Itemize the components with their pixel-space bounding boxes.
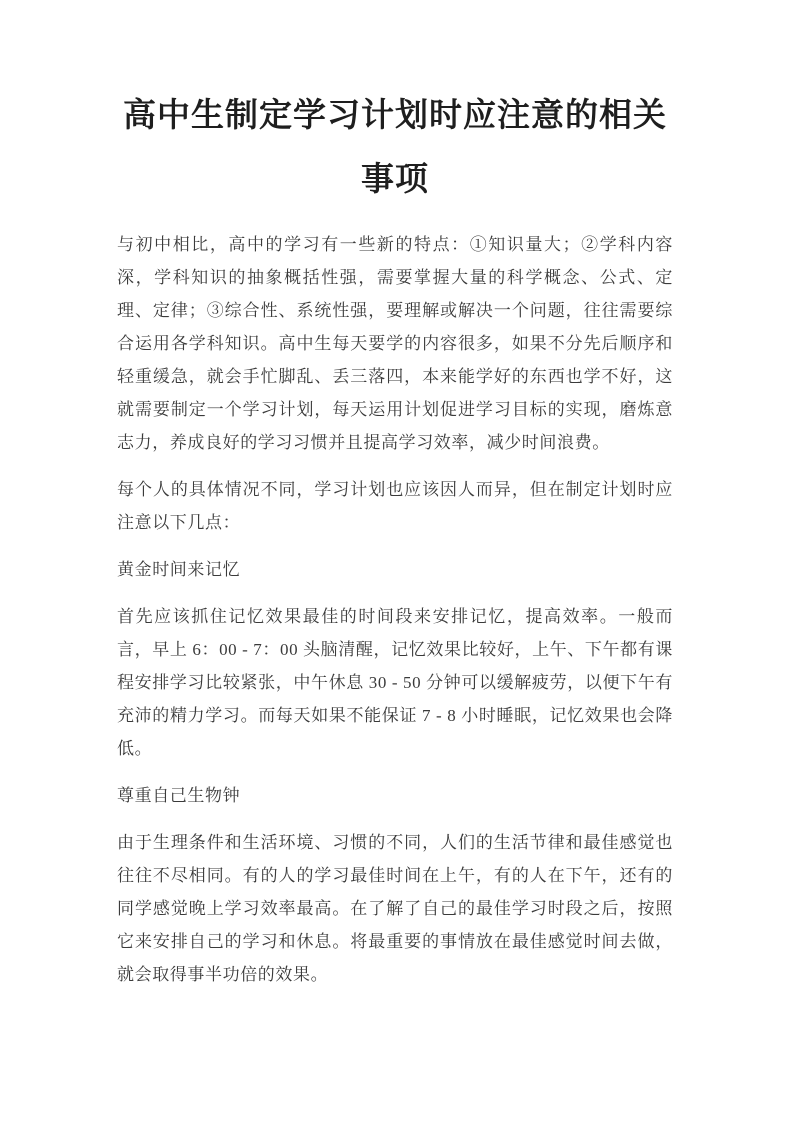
lead-in-paragraph: 每个人的具体情况不同，学习计划也应该因人而异，但在制定计划时应注意以下几点： <box>117 473 673 539</box>
document-page: 高中生制定学习计划时应注意的相关事项 与初中相比，高中的学习有一些新的特点：①知… <box>0 0 793 1122</box>
biological-clock-paragraph: 由于生理条件和生活环境、习惯的不同，人们的生活节律和最佳感觉也往往不尽相同。有的… <box>117 826 673 991</box>
golden-time-paragraph: 首先应该抓住记忆效果最佳的时间段来安排记忆，提高效率。一般而言，早上 6：00 … <box>117 600 673 765</box>
document-title: 高中生制定学习计划时应注意的相关事项 <box>117 84 673 212</box>
intro-paragraph: 与初中相比，高中的学习有一些新的特点：①知识量大；②学科内容深，学科知识的抽象概… <box>117 228 673 459</box>
section-heading-golden-time: 黄金时间来记忆 <box>117 553 673 586</box>
section-heading-biological-clock: 尊重自己生物钟 <box>117 779 673 812</box>
